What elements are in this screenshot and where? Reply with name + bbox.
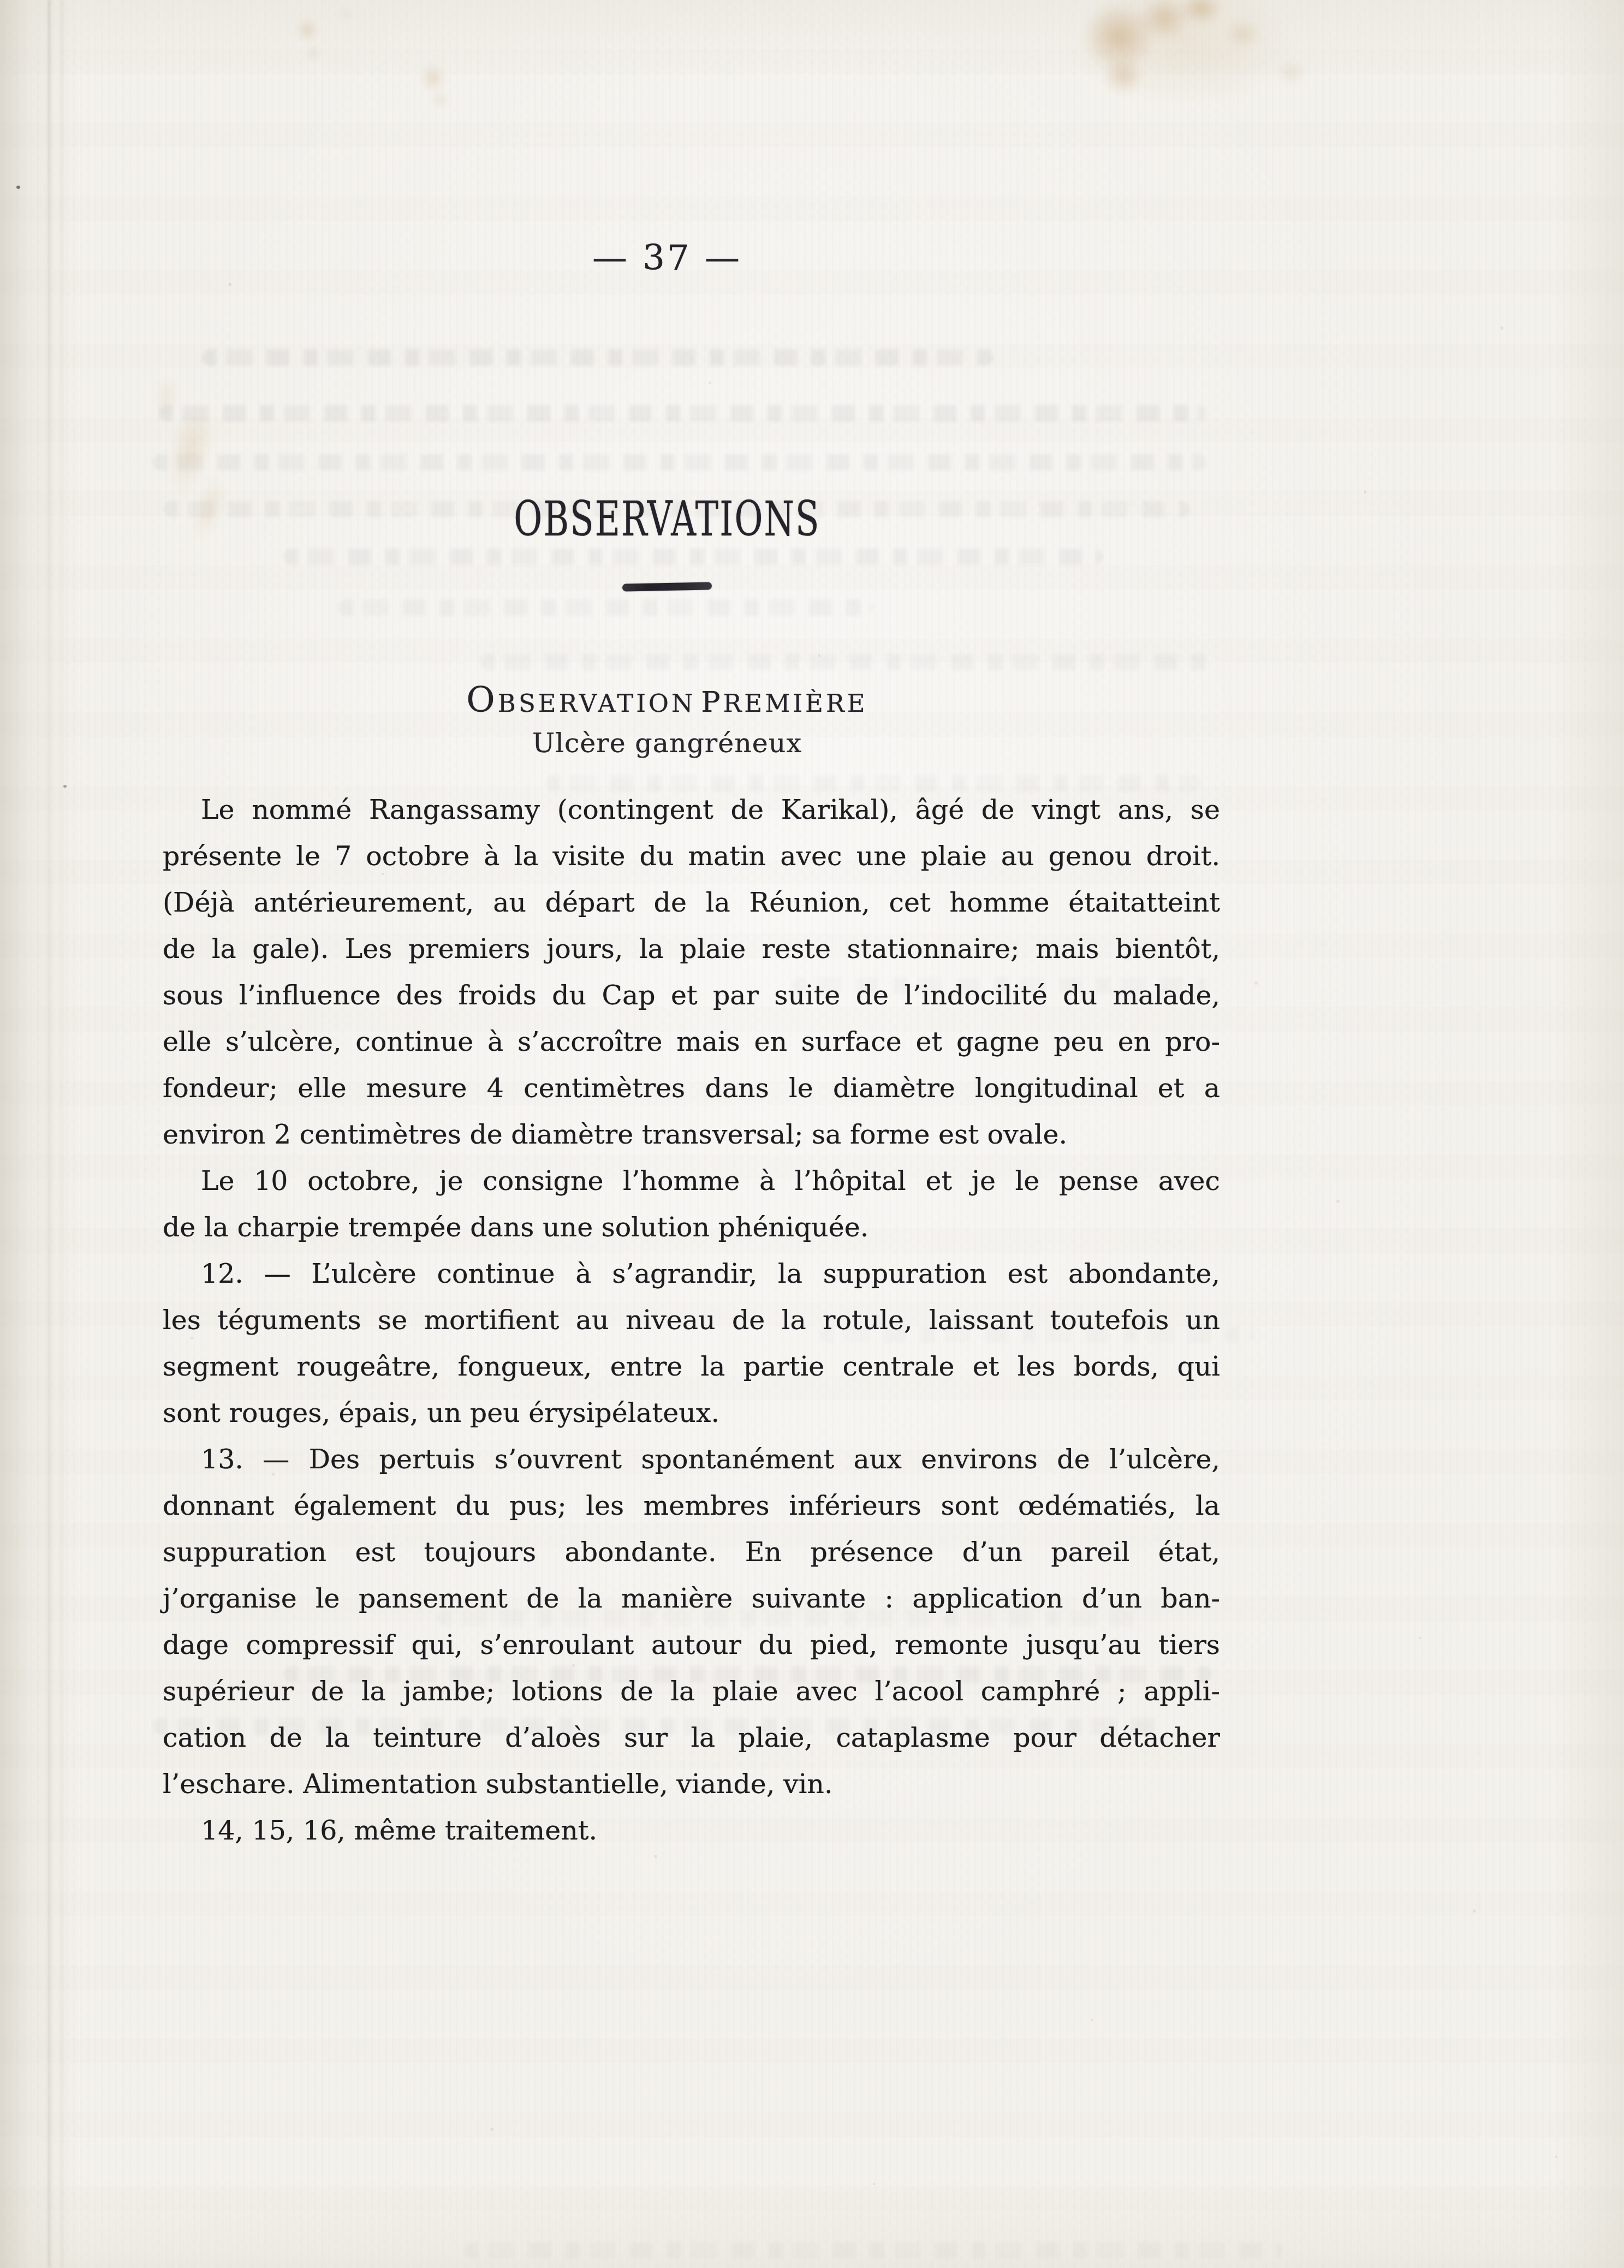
stain xyxy=(307,46,319,59)
stain xyxy=(432,92,448,108)
text-line: segment rougeâtre, fongueux, entre la pa… xyxy=(163,1343,1220,1390)
stain xyxy=(1103,57,1144,94)
page-number: — 37 — xyxy=(592,239,742,277)
stain xyxy=(420,64,445,92)
observation-heading-smallcaps: BSERVATION xyxy=(498,689,696,718)
text-line: 12. — L’ulcère continue à s’agrandir, la… xyxy=(163,1251,1220,1297)
page-fold-crease xyxy=(61,0,63,2268)
stain xyxy=(1226,19,1261,49)
text-line: environ 2 centimètres de diamètre transv… xyxy=(163,1111,1220,1158)
text-line: les téguments se mortifient au niveau de… xyxy=(163,1297,1220,1343)
text-line: Le nommé Rangassamy (contingent de Karik… xyxy=(163,787,1220,833)
ghost-text-band xyxy=(153,454,1206,471)
ink-speck xyxy=(16,186,20,189)
observation-heading-smallcaps: REMIÈRE xyxy=(723,689,867,718)
text-line: (Déjà antérieurement, au départ de la Ré… xyxy=(163,879,1220,926)
text-line: elle s’ulcère, continue à s’accroître ma… xyxy=(163,1019,1220,1065)
ghost-text-band xyxy=(284,549,1103,565)
text-line: de la gale). Les premiers jours, la plai… xyxy=(163,926,1220,972)
ink-speck xyxy=(63,785,67,788)
ghost-text-band xyxy=(464,2242,1283,2259)
text-line: cation de la teinture d’aloès sur la pla… xyxy=(163,1715,1220,1761)
ghost-text-band xyxy=(480,654,1212,670)
text-line: présente le 7 octobre à la visite du mat… xyxy=(163,833,1220,879)
observation-heading-initial: O xyxy=(466,680,497,721)
text-line: donnant également du pus; les membres in… xyxy=(163,1483,1220,1529)
ghost-text-band xyxy=(338,599,873,616)
scanned-book-page: — 37 — OBSERVATIONS OBSERVATION PREMIÈRE… xyxy=(0,0,1624,2268)
text-line: fondeur; elle mesure 4 centimètres dans … xyxy=(163,1065,1220,1111)
text-line: 14, 15, 16, même traitement. xyxy=(163,1807,1220,1854)
stain xyxy=(298,19,317,41)
text-line: dage compressif qui, s’enroulant autour … xyxy=(163,1622,1220,1668)
text-line: de la charpie trempée dans une solution … xyxy=(163,1204,1220,1251)
text-line: suppuration est toujours abondante. En p… xyxy=(163,1529,1220,1575)
text-line: Le 10 octobre, je consigne l’homme à l’h… xyxy=(163,1158,1220,1204)
section-title: OBSERVATIONS xyxy=(454,493,880,545)
observation-heading: OBSERVATION PREMIÈRE xyxy=(466,678,867,731)
text-line: supérieur de la jambe; lotions de la pla… xyxy=(163,1668,1220,1715)
ghost-text-band xyxy=(158,405,1206,421)
body-text: Le nommé Rangassamy (contingent de Karik… xyxy=(163,787,1220,1854)
text-line: sont rouges, épais, un peu érysipélateux… xyxy=(163,1390,1220,1436)
paper-texture xyxy=(0,0,1,1)
observation-subtitle: Ulcère gangréneux xyxy=(532,727,802,760)
text-line: sous l’influence des froids du Cap et pa… xyxy=(163,972,1220,1019)
ghost-text-band xyxy=(202,349,994,366)
text-line: 13. — Des pertuis s’ouvrent spontanément… xyxy=(163,1436,1220,1483)
observation-heading-initial: P xyxy=(701,686,723,719)
text-line: l’eschare. Alimentation substantielle, v… xyxy=(163,1761,1220,1807)
stain xyxy=(340,8,352,19)
heading-rule xyxy=(622,582,712,591)
text-line: j’organise le pansement de la manière su… xyxy=(163,1575,1220,1622)
page-fold-crease xyxy=(48,0,50,2268)
section-title-text: OBSERVATIONS xyxy=(514,493,820,545)
stain xyxy=(1277,60,1305,85)
